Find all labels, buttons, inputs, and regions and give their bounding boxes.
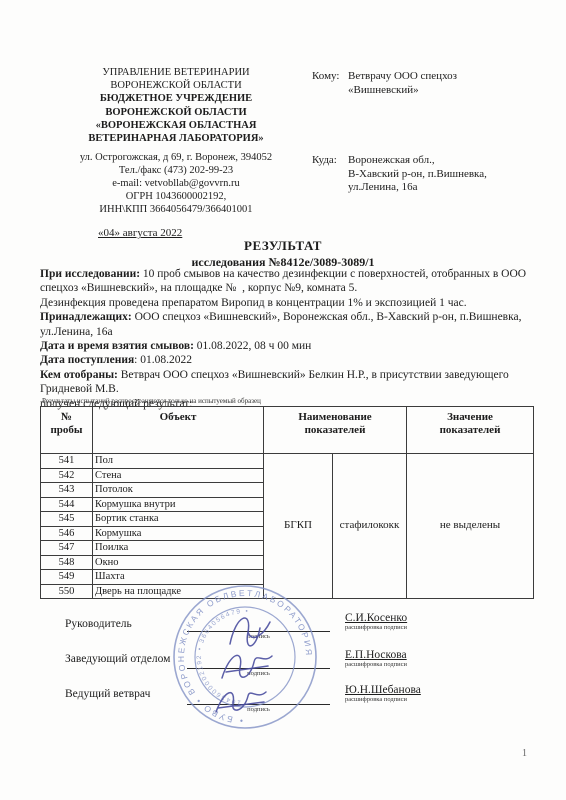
- signature-line: [187, 668, 330, 669]
- header-indicator-name: Наименование показателей: [264, 407, 407, 454]
- signature-name-caption: расшифровка подписи: [345, 624, 407, 631]
- sample-number-cell: 544: [41, 497, 93, 512]
- sample-number-cell: 546: [41, 526, 93, 541]
- object-cell: Потолок: [93, 483, 264, 498]
- signature-line-caption: подпись: [187, 633, 330, 640]
- org-line: БЮДЖЕТНОЕ УЧРЕЖДЕНИЕ: [40, 92, 312, 105]
- signature-role: Ведущий ветврач: [65, 688, 150, 700]
- sample-number-cell: 545: [41, 512, 93, 527]
- sample-number-cell: 550: [41, 584, 93, 599]
- org-line: ВОРОНЕЖСКОЙ ОБЛАСТИ: [40, 79, 312, 92]
- signature-name: Ю.Н.Шебанова: [345, 684, 421, 696]
- org-line: УПРАВЛЕНИЕ ВЕТЕРИНАРИИ: [40, 66, 312, 79]
- signature-name: С.И.Косенко: [345, 612, 407, 624]
- to-line: «Вишневский»: [348, 84, 457, 98]
- to-label: Кому:: [312, 70, 348, 97]
- where-line: В-Хавский р-он, п.Вишневка,: [348, 168, 487, 182]
- signature-name-block: Е.П.Носкова расшифровка подписи: [345, 649, 407, 668]
- org-ogrn: ОГРН 1043600002192,: [40, 190, 312, 203]
- org-inn-kpp: ИНН\КПП 3664056479/366401001: [40, 203, 312, 216]
- table-row: 541ПолБГКПстафилококкне выделены: [41, 454, 534, 469]
- signature-line: [187, 704, 330, 705]
- object-cell: Бортик станка: [93, 512, 264, 527]
- org-address: ул. Острогожская, д 69, г. Воронеж, 3940…: [40, 151, 312, 164]
- paragraph-research: При исследовании: 10 проб смывов на каче…: [40, 267, 540, 296]
- to-line: Ветврачу ООО спецхоз: [348, 70, 457, 84]
- object-cell: Шахта: [93, 570, 264, 585]
- signature-name-block: С.И.Косенко расшифровка подписи: [345, 612, 407, 631]
- organization-block: УПРАВЛЕНИЕ ВЕТЕРИНАРИИ ВОРОНЕЖСКОЙ ОБЛАС…: [40, 66, 312, 240]
- header-sample-number: № пробы: [41, 407, 93, 454]
- object-cell: Пол: [93, 454, 264, 469]
- org-phone: Тел./факс (473) 202-99-23: [40, 164, 312, 177]
- org-line: ВЕТЕРИНАРНАЯ ЛАБОРАТОРИЯ»: [40, 132, 312, 145]
- page-number: 1: [522, 748, 527, 759]
- org-line: «ВОРОНЕЖСКАЯ ОБЛАСТНАЯ: [40, 119, 312, 132]
- signature-name-caption: расшифровка подписи: [345, 661, 407, 668]
- signature-name: Е.П.Носкова: [345, 649, 407, 661]
- indicator-cell-bgkp: БГКП: [264, 454, 333, 599]
- object-cell: Поилка: [93, 541, 264, 556]
- header-object: Объект: [93, 407, 264, 454]
- object-cell: Кормушка: [93, 526, 264, 541]
- signature-name-caption: расшифровка подписи: [345, 696, 421, 703]
- table-header-row: № пробы Объект Наименование показателей …: [41, 407, 534, 454]
- letterhead: УПРАВЛЕНИЕ ВЕТЕРИНАРИИ ВОРОНЕЖСКОЙ ОБЛАС…: [40, 66, 546, 240]
- results-section: Результаты испытаний распространяются то…: [40, 397, 534, 599]
- where-line: ул.Ленина, 16а: [348, 181, 487, 195]
- sample-number-cell: 541: [41, 454, 93, 469]
- object-cell: Стена: [93, 468, 264, 483]
- results-table: № пробы Объект Наименование показателей …: [40, 406, 534, 599]
- paragraph-sampled-by: Кем отобраны: Ветврач ООО спецхоз «Вишне…: [40, 368, 540, 397]
- signature-line: [187, 631, 330, 632]
- disclaimer-note: Результаты испытаний распространяются то…: [42, 397, 534, 405]
- paragraph-belonging: Принадлежащих: ООО спецхоз «Вишневский»,…: [40, 310, 540, 339]
- stamp-inner-text: 1043600002192 • 3664056479 •: [196, 608, 250, 706]
- where-label: Куда:: [312, 154, 348, 195]
- signature-line-caption: подпись: [187, 670, 330, 677]
- recipient-block: Кому: Ветврачу ООО спецхоз «Вишневский» …: [312, 66, 546, 240]
- sample-number-cell: 542: [41, 468, 93, 483]
- value-cell: не выделены: [407, 454, 534, 599]
- title-block: РЕЗУЛЬТАТ исследования №8412е/3089-3089/…: [0, 238, 566, 270]
- object-cell: Окно: [93, 555, 264, 570]
- sample-number-cell: 543: [41, 483, 93, 498]
- header-indicator-value: Значение показателей: [407, 407, 534, 454]
- org-email: e-mail: vetvobllab@govvrn.ru: [40, 177, 312, 190]
- body-text: При исследовании: 10 проб смывов на каче…: [40, 267, 540, 411]
- document-page: УПРАВЛЕНИЕ ВЕТЕРИНАРИИ ВОРОНЕЖСКОЙ ОБЛАС…: [0, 0, 566, 800]
- contact-block: ул. Острогожская, д 69, г. Воронеж, 3940…: [40, 151, 312, 216]
- object-cell: Дверь на площадке: [93, 584, 264, 599]
- paragraph-receipt-date: Дата поступления: 01.08.2022: [40, 353, 540, 367]
- stamp-inner-ring: [195, 607, 295, 707]
- paragraph-disinfection: Дезинфекция проведена препаратом Виропид…: [40, 296, 540, 310]
- indicator-cell-staph: стафилококк: [333, 454, 407, 599]
- sample-number-cell: 548: [41, 555, 93, 570]
- paragraph-sampling-datetime: Дата и время взятия смывов: 01.08.2022, …: [40, 339, 540, 353]
- signature-section: Руководитель Заведующий отделом Ведущий …: [40, 600, 546, 750]
- document-title: РЕЗУЛЬТАТ: [0, 238, 566, 254]
- sample-number-cell: 547: [41, 541, 93, 556]
- recipient-where: Куда: Воронежская обл., В-Хавский р-он, …: [312, 154, 487, 195]
- signature-name-block: Ю.Н.Шебанова расшифровка подписи: [345, 684, 421, 703]
- signature-line-caption: подпись: [187, 706, 330, 713]
- signature-role: Заведующий отделом: [65, 653, 170, 665]
- org-line: ВОРОНЕЖСКОЙ ОБЛАСТИ: [40, 106, 312, 119]
- sample-number-cell: 549: [41, 570, 93, 585]
- signature-role: Руководитель: [65, 618, 132, 630]
- where-line: Воронежская обл.,: [348, 154, 487, 168]
- object-cell: Кормушка внутри: [93, 497, 264, 512]
- results-table-body: 541ПолБГКПстафилококкне выделены542Стена…: [41, 454, 534, 599]
- recipient-to: Кому: Ветврачу ООО спецхоз «Вишневский»: [312, 70, 457, 97]
